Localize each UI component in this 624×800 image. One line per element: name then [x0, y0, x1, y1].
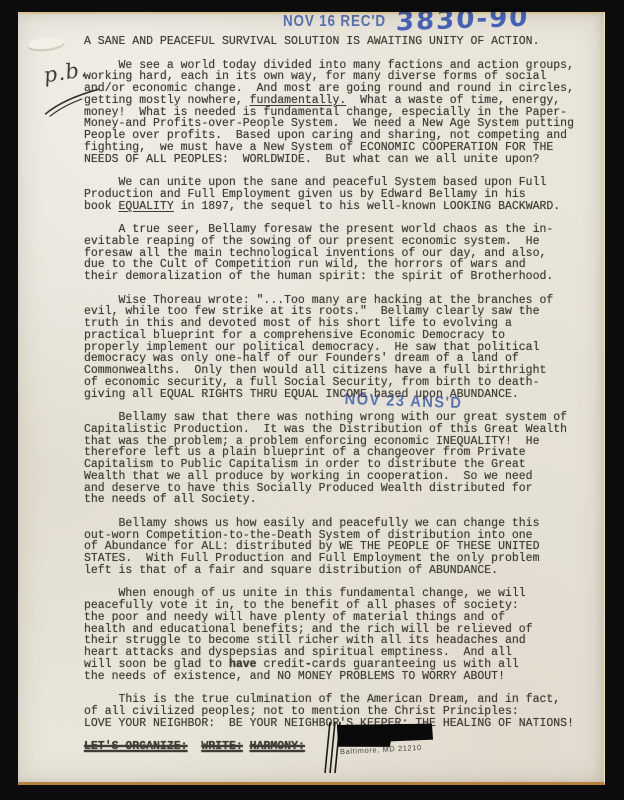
paragraph: We can unite upon the sane and peaceful …	[84, 177, 574, 212]
text-line: NEEDS OF ALL PEOPLES: WORLDWIDE. But wha…	[84, 154, 574, 166]
text-line: giving all EQUAL RIGHTS THRU EQUAL INCOM…	[84, 389, 574, 401]
text-line: their demoralization of the human spirit…	[84, 271, 574, 283]
paragraph: Bellamy saw that there was nothing wrong…	[84, 412, 574, 506]
paragraph: We see a world today divided into many f…	[84, 60, 574, 166]
document-body: We see a world today divided into many f…	[84, 60, 574, 765]
paragraph: Wise Thoreau wrote: "...Too many are hac…	[84, 295, 574, 401]
text-line: the needs of all Society.	[84, 494, 574, 506]
paragraph: When enough of us unite in this fundamen…	[84, 588, 574, 682]
paragraph: A true seer, Bellamy foresaw the present…	[84, 224, 574, 283]
paper: NOV 16 REC'D 3830-90 NOV 23 ANS'D p.b. A…	[18, 12, 605, 785]
paragraph: Bellamy shows us how easily and peaceful…	[84, 518, 574, 577]
handwritten-case-number: 3830-90	[396, 3, 530, 38]
paper-scuff-mark	[28, 36, 65, 51]
text-line: the needs of existence, and NO MONEY PRO…	[84, 671, 574, 683]
document-title: A SANE AND PEACEFUL SURVIVAL SOLUTION IS…	[84, 36, 539, 48]
text-line: book EQUALITY in 1897, the sequel to his…	[84, 201, 574, 213]
text-line: left is that of a fair and square distri…	[84, 565, 574, 577]
received-date-stamp: NOV 16 REC'D	[283, 13, 386, 31]
